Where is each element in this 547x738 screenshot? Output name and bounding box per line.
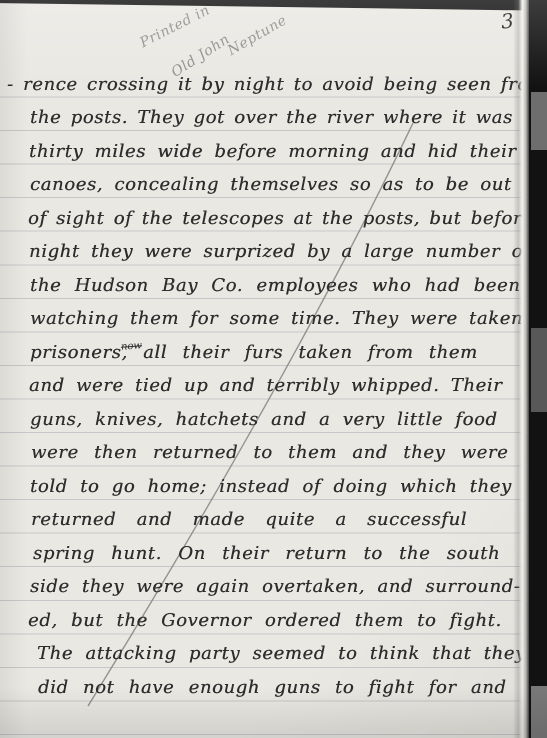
manuscript-line: did not have enough guns to fight for an… [38,677,507,698]
manuscript-line: the posts. They got over the river where… [30,107,513,128]
manuscript-line: guns, knives, hatchets and a very little… [30,409,498,430]
ruled-lines [0,64,527,736]
manuscript-line: thirty miles wide before morning and hid… [29,141,517,162]
manuscript-line: returned and made quite a successful [31,509,467,530]
manuscript-line: The attacking party seemed to think that… [37,643,526,664]
manuscript-line: watching them for some time. They were t… [30,308,523,329]
manuscript-line: the Hudson Bay Co. employees who had bee… [30,275,520,296]
struck-out-word: now [121,340,143,352]
pencil-annotation-line-3: Neptune [225,12,290,59]
manuscript-line: canoes, concealing themselves so as to b… [30,174,512,195]
manuscript-line: side they were again overtaken, and surr… [30,576,520,597]
manuscript-line: and were tied up and terribly whipped. T… [29,375,502,396]
scan-top-edge [0,0,547,11]
manuscript-line: ed, but the Governor ordered them to fig… [28,610,502,631]
manuscript-page: Printed in Old John Neptune 3 - rence cr… [0,0,547,738]
manuscript-line: night they were surprized by a large num… [29,241,530,262]
pencil-annotation-line-1: Printed in [137,2,212,51]
manuscript-line: told to go home; instead of doing which … [30,476,512,497]
manuscript-line: prisoners, all their furs taken from the… [30,342,478,363]
manuscript-line: - rence crossing it by night to avoid be… [7,74,546,95]
book-edge-patch [531,92,547,150]
book-edge-patch [531,686,547,738]
manuscript-line: were then returned to them and they were [31,442,508,463]
book-edge-patch [531,328,547,412]
manuscript-line: spring hunt. On their return to the sout… [33,543,500,564]
manuscript-line: of sight of the telescopes at the posts,… [28,208,533,229]
